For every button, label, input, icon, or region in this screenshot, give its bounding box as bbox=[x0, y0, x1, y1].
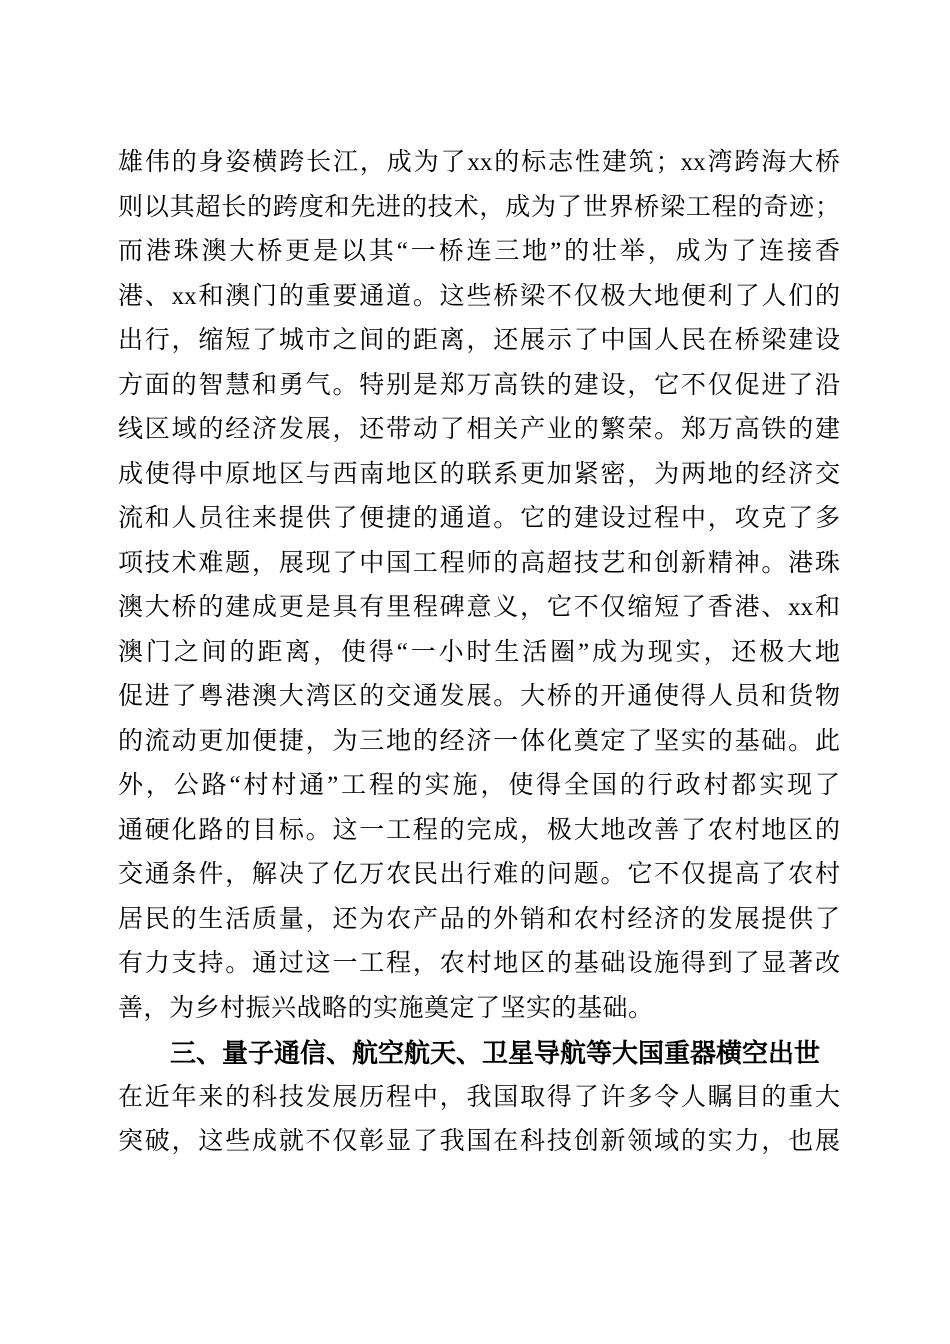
text-line: 港、xx和澳门的重要通道。这些桥梁不仅极大地便利了人们的 bbox=[118, 275, 840, 320]
section-heading: 三、量子通信、航空航天、卫星导航等大国重器横空出世 bbox=[118, 1031, 840, 1076]
text-line: 居民的生活质量，还为农产品的外销和农村经济的发展提供了 bbox=[118, 898, 840, 943]
text-line: 有力支持。通过这一工程，农村地区的基础设施得到了显著改 bbox=[118, 942, 840, 987]
text-line: 线区域的经济发展，还带动了相关产业的繁荣。郑万高铁的建 bbox=[118, 408, 840, 453]
text-line: 在近年来的科技发展历程中，我国取得了许多令人瞩目的重大 bbox=[118, 1076, 840, 1121]
text-line: 出行，缩短了城市之间的距离，还展示了中国人民在桥梁建设 bbox=[118, 319, 840, 364]
document-page: 雄伟的身姿横跨长江，成为了xx的标志性建筑；xx湾跨海大桥则以其超长的跨度和先进… bbox=[0, 0, 950, 1344]
text-line: 的流动更加便捷，为三地的经济一体化奠定了坚实的基础。此 bbox=[118, 720, 840, 765]
text-line: 流和人员往来提供了便捷的通道。它的建设过程中，攻克了多 bbox=[118, 497, 840, 542]
text-line: 成使得中原地区与西南地区的联系更加紧密，为两地的经济交 bbox=[118, 453, 840, 498]
text-line: 方面的智慧和勇气。特别是郑万高铁的建设，它不仅促进了沿 bbox=[118, 364, 840, 409]
text-line: 雄伟的身姿横跨长江，成为了xx的标志性建筑；xx湾跨海大桥 bbox=[118, 141, 840, 186]
text-line: 促进了粤港澳大湾区的交通发展。大桥的开通使得人员和货物 bbox=[118, 675, 840, 720]
text-line: 外，公路“村村通”工程的实施，使得全国的行政村都实现了 bbox=[118, 764, 840, 809]
text-line: 澳门之间的距离，使得“一小时生活圈”成为现实，还极大地 bbox=[118, 631, 840, 676]
text-line: 则以其超长的跨度和先进的技术，成为了世界桥梁工程的奇迹； bbox=[118, 186, 840, 231]
text-line: 而港珠澳大桥更是以其“一桥连三地”的壮举，成为了连接香 bbox=[118, 230, 840, 275]
text-line: 通硬化路的目标。这一工程的完成，极大地改善了农村地区的 bbox=[118, 809, 840, 854]
text-line: 突破，这些成就不仅彰显了我国在科技创新领域的实力，也展 bbox=[118, 1120, 840, 1165]
document-body: 雄伟的身姿横跨长江，成为了xx的标志性建筑；xx湾跨海大桥则以其超长的跨度和先进… bbox=[118, 141, 840, 1165]
text-line: 善，为乡村振兴战略的实施奠定了坚实的基础。 bbox=[118, 987, 840, 1032]
text-line: 项技术难题，展现了中国工程师的高超技艺和创新精神。港珠 bbox=[118, 542, 840, 587]
text-line: 交通条件，解决了亿万农民出行难的问题。它不仅提高了农村 bbox=[118, 853, 840, 898]
text-line: 澳大桥的建成更是具有里程碑意义，它不仅缩短了香港、xx和 bbox=[118, 586, 840, 631]
